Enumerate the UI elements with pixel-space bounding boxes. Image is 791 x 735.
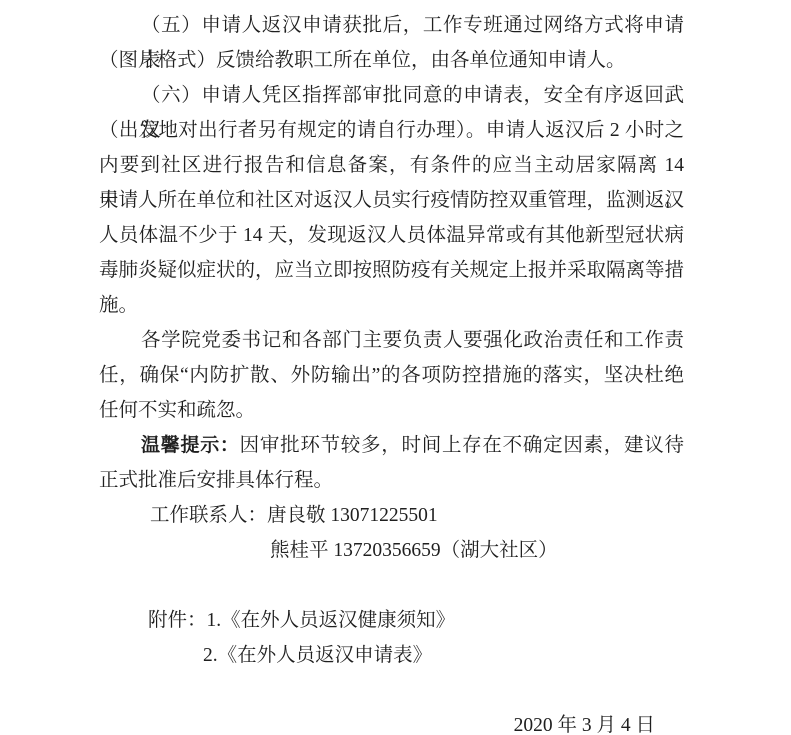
line-text: 任，确保“内防扩散、外防输出”的各项防控措施的落实，坚决杜绝 [99, 365, 684, 386]
document-body: （五）申请人返汉申请获批后，工作专班通过网络方式将申请表（图片格式）反馈给教职工… [99, 8, 684, 735]
empty-line [99, 568, 684, 603]
bold-label: 温馨提示： [141, 435, 240, 456]
line-text: 任何不实和疏忽。 [99, 400, 255, 421]
line-text: 人员体温不少于 14 天，发现返汉人员体温异常或有其他新型冠状病 [99, 225, 684, 246]
text-line: 工作联系人：唐良敬 13071225501 [99, 498, 684, 533]
text-line: （五）申请人返汉申请获批后，工作专班通过网络方式将申请表 [99, 8, 684, 43]
text-line: 温馨提示：因审批环节较多，时间上存在不确定因素，建议待 [99, 428, 684, 463]
line-text: （出发地对出行者另有规定的请自行办理）。申请人返汉后 2 小时之 [99, 120, 684, 141]
text-line: 2.《在外人员返汉申请表》 [99, 638, 684, 673]
text-line: （出发地对出行者另有规定的请自行办理）。申请人返汉后 2 小时之 [99, 113, 684, 148]
line-text: 工作联系人：唐良敬 13071225501 [150, 505, 438, 526]
text-line: 正式批准后安排具体行程。 [99, 463, 684, 498]
line-text: 2020 年 3 月 4 日 [514, 715, 655, 735]
line-text: 毒肺炎疑似症状的，应当立即按照防疫有关规定上报并采取隔离等措 [99, 260, 684, 281]
line-text: 熊桂平 13720356659（湖大社区） [270, 540, 558, 561]
document-page: （五）申请人返汉申请获批后，工作专班通过网络方式将申请表（图片格式）反馈给教职工… [0, 0, 791, 735]
line-text: （图片格式）反馈给教职工所在单位，由各单位通知申请人。 [99, 50, 626, 71]
text-line: （图片格式）反馈给教职工所在单位，由各单位通知申请人。 [99, 43, 684, 78]
text-line: （六）申请人凭区指挥部审批同意的申请表，安全有序返回武汉 [99, 78, 684, 113]
text-line: 2020 年 3 月 4 日 [99, 708, 684, 735]
text-line: 任何不实和疏忽。 [99, 393, 684, 428]
text-line: 施。 [99, 288, 684, 323]
text-line: 任，确保“内防扩散、外防输出”的各项防控措施的落实，坚决杜绝 [99, 358, 684, 393]
line-text: 申请人所在单位和社区对返汉人员实行疫情防控双重管理，监测返汉 [99, 190, 684, 211]
text-line: 熊桂平 13720356659（湖大社区） [99, 533, 684, 568]
text-line: 附件：1.《在外人员返汉健康须知》 [99, 603, 684, 638]
line-text: 正式批准后安排具体行程。 [99, 470, 333, 491]
line-text: 各学院党委书记和各部门主要负责人要强化政治责任和工作责 [141, 330, 684, 351]
empty-line [99, 673, 684, 708]
line-text: 附件：1.《在外人员返汉健康须知》 [148, 610, 455, 631]
line-text: 因审批环节较多，时间上存在不确定因素，建议待 [240, 435, 684, 456]
text-line: 各学院党委书记和各部门主要负责人要强化政治责任和工作责 [99, 323, 684, 358]
text-line: 人员体温不少于 14 天，发现返汉人员体温异常或有其他新型冠状病 [99, 218, 684, 253]
line-text: 2.《在外人员返汉申请表》 [203, 645, 432, 666]
text-line: 申请人所在单位和社区对返汉人员实行疫情防控双重管理，监测返汉 [99, 183, 684, 218]
text-line: 毒肺炎疑似症状的，应当立即按照防疫有关规定上报并采取隔离等措 [99, 253, 684, 288]
text-line: 内要到社区进行报告和信息备案，有条件的应当主动居家隔离 14 天。 [99, 148, 684, 183]
line-text: 施。 [99, 295, 138, 316]
